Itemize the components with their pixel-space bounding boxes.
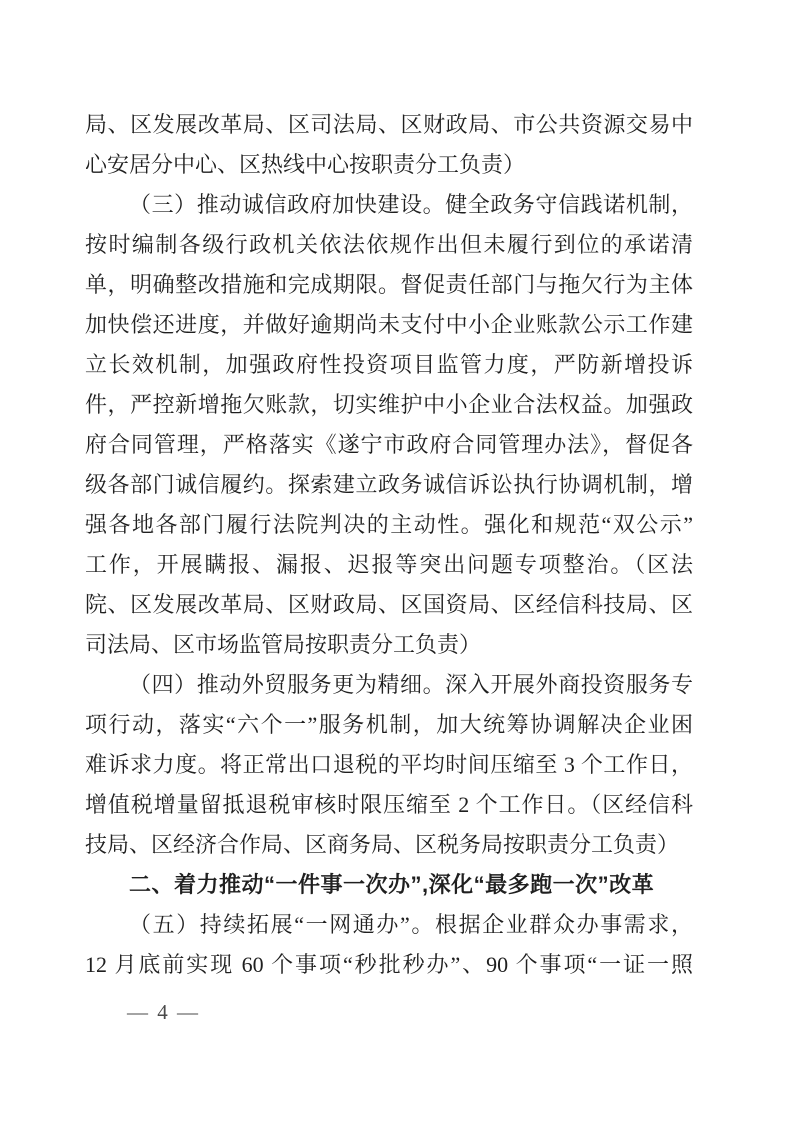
text-line: （三）推动诚信政府加快建设。健全政务守信践诺机制， [85, 185, 693, 225]
text-line: 司法局、区市场监管局按职责分工负责） [85, 625, 693, 665]
text-line: 项行动，落实“六个一”服务机制，加大统筹协调解决企业困 [85, 705, 693, 745]
text-line: 强各地各部门履行法院判决的主动性。强化和规范“双公示” [85, 505, 693, 545]
page-number: — 4 — [127, 992, 200, 1032]
section-heading: 二、着力推动“一件事一次办”,深化“最多跑一次”改革 [85, 865, 693, 905]
text-line: 府合同管理，严格落实《遂宁市政府合同管理办法》，督促各 [85, 425, 693, 465]
text-line: 院、区发展改革局、区财政局、区国资局、区经信科技局、区 [85, 585, 693, 625]
text-line: 局、区发展改革局、区司法局、区财政局、市公共资源交易中 [85, 105, 693, 145]
text-line: 件，严控新增拖欠账款，切实维护中小企业合法权益。加强政 [85, 385, 693, 425]
text-line: 立长效机制，加强政府性投资项目监管力度，严防新增投诉 [85, 345, 693, 385]
text-line: 按时编制各级行政机关依法依规作出但未履行到位的承诺清 [85, 225, 693, 265]
text-line: 增值税增量留抵退税审核时限压缩至 2 个工作日。（区经信科 [85, 785, 693, 825]
text-line: 单，明确整改措施和完成期限。督促责任部门与拖欠行为主体 [85, 265, 693, 305]
text-line: 难诉求力度。将正常出口退税的平均时间压缩至 3 个工作日， [85, 745, 693, 785]
text-line: 12 月底前实现 60 个事项“秒批秒办”、90 个事项“一证一照 [85, 945, 693, 985]
text-line: 加快偿还进度，并做好逾期尚未支付中小企业账款公示工作建 [85, 305, 693, 345]
document-body: 局、区发展改革局、区司法局、区财政局、市公共资源交易中 心安居分中心、区热线中心… [85, 105, 693, 985]
text-line: 心安居分中心、区热线中心按职责分工负责） [85, 145, 693, 185]
document-page: 局、区发展改革局、区司法局、区财政局、市公共资源交易中 心安居分中心、区热线中心… [0, 0, 793, 1122]
text-line: （四）推动外贸服务更为精细。深入开展外商投资服务专 [85, 665, 693, 705]
text-line: 技局、区经济合作局、区商务局、区税务局按职责分工负责） [85, 825, 693, 865]
text-line: （五）持续拓展“一网通办”。根据企业群众办事需求， [85, 905, 693, 945]
text-line: 级各部门诚信履约。探索建立政务诚信诉讼执行协调机制，增 [85, 465, 693, 505]
text-line: 工作，开展瞒报、漏报、迟报等突出问题专项整治。（区法 [85, 545, 693, 585]
